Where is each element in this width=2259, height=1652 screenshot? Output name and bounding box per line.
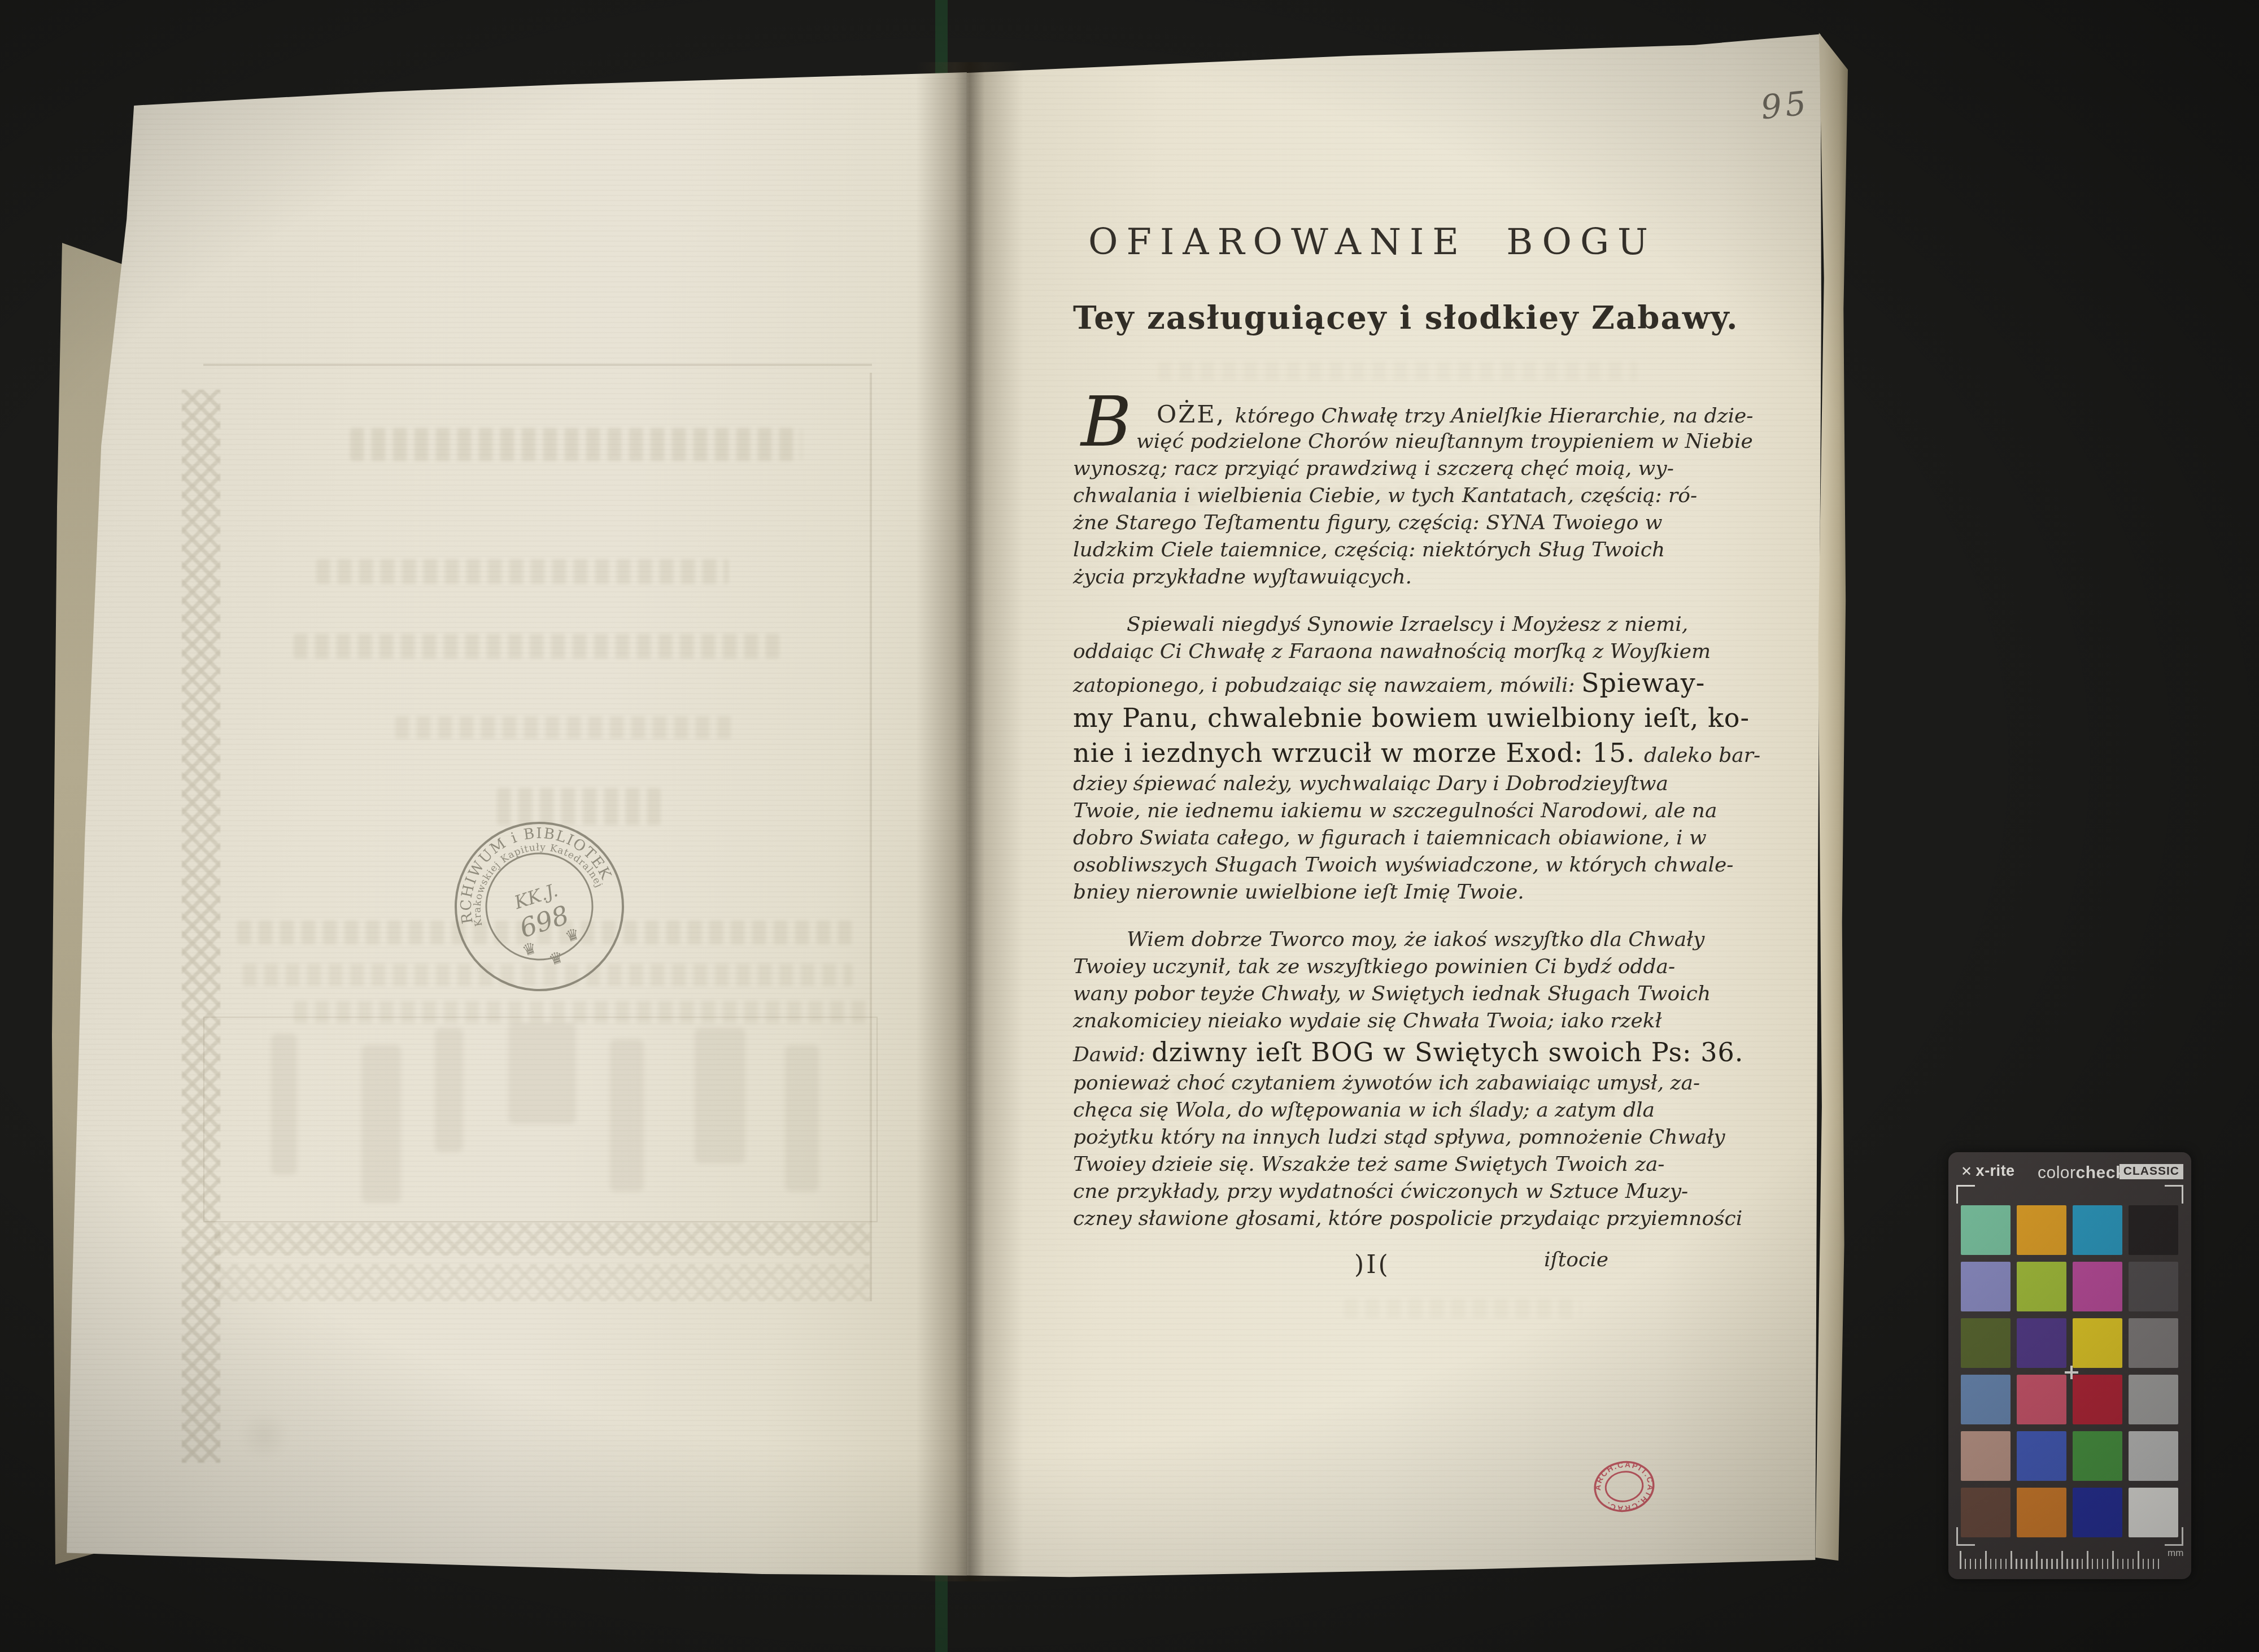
red-stamp-text: ARCH.CAPIT.CATH.CRAC. — [1589, 1455, 1659, 1518]
ghost-engraving-streak — [435, 1028, 463, 1152]
color-patch — [2073, 1262, 2122, 1311]
ghost-engraving-streak — [508, 1022, 576, 1124]
color-patch — [1961, 1318, 2011, 1368]
classic-badge: CLASSIC — [2120, 1164, 2183, 1179]
text-run: Wiem dobrze Tworco moy, że iakoś wszyſtk… — [1127, 928, 1704, 951]
signature-mark: )I( — [1354, 1250, 1390, 1279]
ghost-engraving-streak — [271, 1034, 297, 1175]
paragraph: Wiem dobrze Tworco moy, że iakoś wszyſtk… — [1073, 926, 1672, 1232]
color-patch — [1961, 1488, 2011, 1537]
color-patch — [2129, 1488, 2178, 1537]
ghost-text-line — [316, 559, 729, 584]
text-run: Twoie, nie iednemu iakiemu w szczegulnoś… — [1073, 799, 1717, 822]
ghost-blotch — [237, 1412, 291, 1459]
wordmark-light: color — [2038, 1163, 2076, 1182]
color-patch — [2017, 1262, 2066, 1311]
text-line: cne przykłady, przy wydatności ćwiczonyc… — [1073, 1178, 1672, 1205]
ghost-text-line — [294, 634, 779, 659]
ghost-text-line — [350, 428, 802, 461]
ghost-frame-top — [203, 364, 872, 366]
color-patch — [2073, 1318, 2122, 1368]
pencil-folio-number: 95 — [1759, 84, 1811, 127]
ghost-border-band — [215, 1264, 870, 1301]
text-line: pożytku który na innych ludzi stąd spływ… — [1073, 1124, 1672, 1151]
text-line: czney sławione głosami, które pospolicie… — [1073, 1205, 1672, 1232]
paragraph: OŻE, którego Chwałę trzy Anielſkie Hiera… — [1073, 401, 1672, 591]
mm-ruler — [1960, 1551, 2163, 1569]
text-line: my Panu, chwalebnie bowiem uwielbiony ie… — [1073, 700, 1672, 735]
color-patch — [2017, 1318, 2066, 1368]
color-patch — [2073, 1375, 2122, 1424]
text-run: więć podzielone Chorów nieuſtannym troyp… — [1136, 430, 1753, 453]
text-line: ludzkim Ciele taiemnice, częścią: niektó… — [1073, 537, 1672, 564]
text-run: którego Chwałę trzy Anielſkie Hierarchie… — [1235, 404, 1754, 428]
text-run: dziwny ieſt BOG w Swiętych swoich Ps: 36… — [1152, 1037, 1743, 1067]
text-line: wynoszą; racz przyiąć prawdziwą i szczer… — [1073, 455, 1672, 482]
text-run: zatopionego, i pobudzaiąc się nawzaiem, … — [1073, 674, 1581, 697]
mm-label: mm — [2168, 1548, 2183, 1559]
text-line: osobliwszych Sługach Twoich wyświadczone… — [1073, 852, 1672, 879]
xrite-brand-label: x-rite — [1976, 1162, 2015, 1179]
text-run: wynoszą; racz przyiąć prawdziwą i szczer… — [1073, 457, 1674, 480]
text-line: więć podzielone Chorów nieuſtannym troyp… — [1073, 428, 1672, 455]
text-run: życia przykładne wyſtawuiących. — [1073, 565, 1412, 589]
ghost-border-band — [215, 1223, 870, 1256]
center-cross-icon — [2065, 1366, 2078, 1379]
text-run: nie i iezdnych wrzucił w morze Exod: 15. — [1073, 738, 1644, 768]
color-patch — [2073, 1488, 2122, 1537]
text-line: chwalania i wielbienia Ciebie, w tych Ka… — [1073, 482, 1672, 509]
ghost-engraving-streak — [610, 1039, 644, 1192]
text-line: dobro Swiata całego, w figurach i taiemn… — [1073, 825, 1672, 852]
colorchecker-card: ✕x-rite colorchecker CLASSIC mm — [1948, 1152, 2191, 1579]
text-run: znakomiciey nieiako wydaie się Chwała Tw… — [1073, 1009, 1661, 1032]
color-patch — [2129, 1431, 2178, 1481]
text-run: ponieważ choć czytaniem żywotów ich zaba… — [1073, 1071, 1700, 1095]
corner-bracket-top-right — [2165, 1185, 2183, 1204]
text-block: OFIAROWANIE BOGU Tey zasługuiącey i słod… — [1073, 221, 1672, 263]
xrite-x-icon: ✕ — [1961, 1164, 1973, 1179]
text-run: bniey nierownie uwielbione ieſt Imię Two… — [1073, 881, 1524, 904]
text-run: wany pobor teyże Chwały, w Swiętych iedn… — [1073, 982, 1711, 1005]
page-title: OFIAROWANIE BOGU — [1073, 221, 1672, 263]
paragraph: Spiewali niegdyś Synowie Izraelscy i Moy… — [1073, 611, 1672, 906]
color-patch — [2129, 1205, 2178, 1255]
color-patch — [2017, 1488, 2066, 1537]
color-patch — [1961, 1262, 2011, 1311]
page-subtitle: Tey zasługuiącey i słodkiey Zabawy. — [1073, 299, 1672, 337]
color-patch — [2073, 1431, 2122, 1481]
text-run: czney sławione głosami, które pospolicie… — [1073, 1207, 1742, 1230]
text-run: OŻE, — [1157, 400, 1235, 429]
corner-bracket-top-left — [1956, 1185, 1975, 1204]
ruler-major-ticks — [1960, 1551, 2163, 1569]
scan-stage: ARCHIWUM i BIBLIOTEKA Krakowskiej Kapitu… — [0, 0, 2259, 1652]
ghost-engraving-streak — [361, 1045, 401, 1203]
xrite-logo: ✕x-rite — [1961, 1162, 2015, 1180]
ghost-engraving-streak — [785, 1045, 819, 1192]
ghost-frame-left — [182, 390, 220, 1463]
ghost-text-line — [395, 716, 734, 739]
text-line: dziey śpiewać należy, wychwalaiąc Dary i… — [1073, 770, 1672, 797]
red-oval-stamp: ARCH.CAPIT.CATH.CRAC. — [1580, 1446, 1669, 1527]
color-patch — [2073, 1205, 2122, 1255]
text-run: my Panu, chwalebnie bowiem uwielbiony ie… — [1073, 703, 1750, 733]
color-patch — [2017, 1205, 2066, 1255]
text-line: bniey nierownie uwielbione ieſt Imię Two… — [1073, 879, 1672, 906]
ghost-text-line — [1344, 1299, 1581, 1318]
text-run: chwalania i wielbienia Ciebie, w tych Ka… — [1073, 484, 1697, 507]
color-patch — [1961, 1431, 2011, 1481]
text-run: Twoiey dzieie się. Wszakże też same Swię… — [1073, 1153, 1665, 1176]
color-patch — [2129, 1375, 2178, 1424]
text-line: Wiem dobrze Tworco moy, że iakoś wszyſtk… — [1073, 926, 1672, 953]
text-line: życia przykładne wyſtawuiących. — [1073, 564, 1672, 591]
text-run: dziey śpiewać należy, wychwalaiąc Dary i… — [1073, 772, 1668, 795]
color-patch — [2017, 1431, 2066, 1481]
text-run: dobro Swiata całego, w figurach i taiemn… — [1073, 826, 1707, 849]
text-run: Dawid: — [1073, 1043, 1152, 1066]
text-run: Twoiey uczynił, tak ze wszyſtkiego powin… — [1073, 955, 1675, 978]
text-line: znakomiciey nieiako wydaie się Chwała Tw… — [1073, 1008, 1672, 1035]
text-run: pożytku który na innych ludzi stąd spływ… — [1073, 1126, 1725, 1149]
text-line: zatopionego, i pobudzaiąc się nawzaiem, … — [1073, 665, 1672, 700]
text-line: OŻE, którego Chwałę trzy Anielſkie Hiera… — [1073, 401, 1672, 428]
text-line: chęca się Wola, do wſtępowania w ich śla… — [1073, 1097, 1672, 1124]
ghost-text-line — [1158, 361, 1638, 381]
crown-icon: ♛ — [547, 947, 566, 969]
color-patch — [2129, 1318, 2178, 1368]
text-run: Spieway- — [1581, 668, 1705, 698]
text-run: cne przykłady, przy wydatności ćwiczonyc… — [1073, 1180, 1688, 1203]
text-line: oddaiąc Ci Chwałę z Faraona nawałnością … — [1073, 638, 1672, 665]
text-run: chęca się Wola, do wſtępowania w ich śla… — [1073, 1099, 1655, 1122]
text-run: ludzkim Ciele taiemnice, częścią: niektó… — [1073, 538, 1665, 561]
text-line: Twoie, nie iednemu iakiemu w szczegulnoś… — [1073, 797, 1672, 825]
text-line: wany pobor teyże Chwały, w Swiętych iedn… — [1073, 980, 1672, 1008]
text-run: oddaiąc Ci Chwałę z Faraona nawałnością … — [1073, 640, 1711, 663]
text-line: Dawid: dziwny ieſt BOG w Swiętych swoich… — [1073, 1035, 1672, 1070]
text-line: ponieważ choć czytaniem żywotów ich zaba… — [1073, 1070, 1672, 1097]
color-patch — [1961, 1375, 2011, 1424]
text-run: osobliwszych Sługach Twoich wyświadczone… — [1073, 853, 1733, 877]
colorchecker-header: ✕x-rite colorchecker CLASSIC — [1948, 1159, 2191, 1184]
crown-icon: ♛ — [563, 924, 582, 946]
text-paragraphs: OŻE, którego Chwałę trzy Anielſkie Hiera… — [1073, 401, 1672, 1232]
text-line: Twoiey uczynił, tak ze wszyſtkiego powin… — [1073, 953, 1672, 980]
text-run: Spiewali niegdyś Synowie Izraelscy i Moy… — [1127, 613, 1688, 636]
svg-text:ARCH.CAPIT.CATH.CRAC.: ARCH.CAPIT.CATH.CRAC. — [1589, 1455, 1659, 1518]
text-line: Twoiey dzieie się. Wszakże też same Swię… — [1073, 1151, 1672, 1178]
color-patch — [1961, 1205, 2011, 1255]
ghost-engraving-streak — [695, 1028, 745, 1163]
text-line: Spiewali niegdyś Synowie Izraelscy i Moy… — [1073, 611, 1672, 638]
catchword: iſtocie — [1544, 1248, 1608, 1271]
text-run: żne Starego Teſtamentu figury, częścią: … — [1073, 511, 1663, 534]
color-patch — [2129, 1262, 2178, 1311]
text-line: nie i iezdnych wrzucił w morze Exod: 15.… — [1073, 735, 1672, 770]
text-line: żne Starego Teſtamentu figury, częścią: … — [1073, 509, 1672, 537]
color-patch — [2017, 1375, 2066, 1424]
text-run: daleko bar- — [1644, 744, 1760, 767]
